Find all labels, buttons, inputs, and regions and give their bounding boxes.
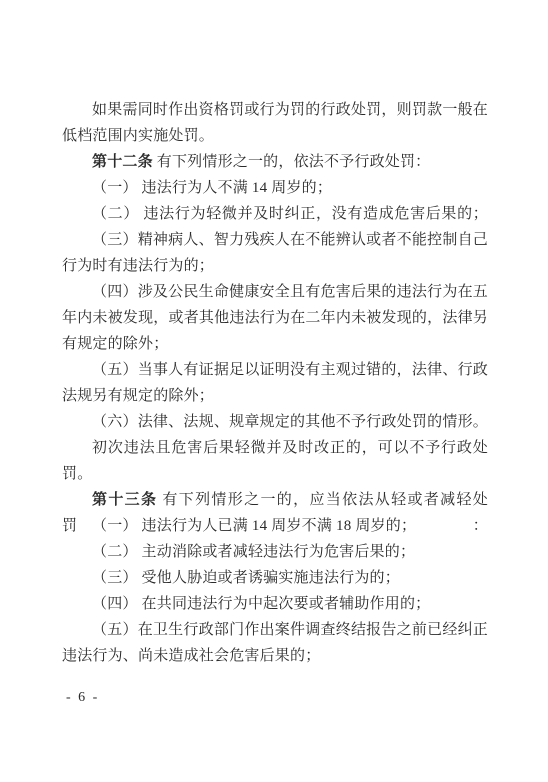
text-run: （三）精神病人、智力残疾人在不能辨认或者不能控制自己: [92, 232, 488, 248]
text-run: 低档范围内实施处罚。: [62, 128, 214, 144]
article-number-label: 第十三条: [92, 492, 157, 508]
text-line: （四）涉及公民生命健康安全且有危害后果的违法行为在五: [62, 279, 488, 305]
text-line: 行为时有违法行为的；: [62, 253, 488, 279]
text-line: （五）当事人有证据足以证明没有主观过错的，法律、行政: [62, 357, 488, 383]
text-run: 违法行为、尚未造成社会危害后果的；: [62, 648, 320, 664]
text-run: （一） 违法行为人不满 14 周岁的；: [92, 180, 332, 196]
text-line: （二） 主动消除或者减轻违法行为危害后果的；: [62, 539, 488, 565]
text-run: （三） 受他人胁迫或者诱骗实施违法行为的；: [92, 570, 400, 586]
text-run: 初次违法且危害后果轻微并及时改正的，可以不予行政处: [92, 440, 488, 456]
text-line: （三）精神病人、智力残疾人在不能辨认或者不能控制自己: [62, 227, 488, 253]
text-line: 低档范围内实施处罚。: [62, 123, 488, 149]
text-line: （五）在卫生行政部门作出案件调查终结报告之前已经纠正: [62, 617, 488, 643]
text-run: （四） 在共同违法行为中起次要或者辅助作用的；: [92, 596, 430, 612]
text-line: （三） 受他人胁迫或者诱骗实施违法行为的；: [62, 565, 488, 591]
text-run: （一） 违法行为人已满 14 周岁不满 18 周岁的；: [92, 518, 416, 534]
text-run: （五）当事人有证据足以证明没有主观过错的，法律、行政: [92, 362, 488, 378]
page-number: - 6 -: [66, 690, 99, 706]
document-page: 如果需同时作出资格罚或行为罚的行政处罚，则罚款一般在低档范围内实施处罚。第十二条…: [0, 0, 548, 782]
text-run: （二） 违法行为轻微并及时纠正，没有造成危害后果的；: [92, 206, 488, 222]
text-line: 如果需同时作出资格罚或行为罚的行政处罚，则罚款一般在: [62, 97, 488, 123]
text-line: 罚。: [62, 461, 488, 487]
text-run: 法规另有规定的除外；: [62, 388, 214, 404]
text-run: 如果需同时作出资格罚或行为罚的行政处罚，则罚款一般在: [92, 102, 488, 118]
text-run: 有下列情形之一的，依法不予行政处罚：: [153, 154, 431, 170]
text-line: （四） 在共同违法行为中起次要或者辅助作用的；: [62, 591, 488, 617]
text-run: （六）法律、法规、规章规定的其他不予行政处罚的情形。: [92, 414, 488, 430]
text-line: （六）法律、法规、规章规定的其他不予行政处罚的情形。: [62, 409, 488, 435]
text-run: 行为时有违法行为的；: [62, 258, 214, 274]
text-run: （二） 主动消除或者减轻违法行为危害后果的；: [92, 544, 415, 560]
text-run: （五）在卫生行政部门作出案件调查终结报告之前已经纠正: [92, 622, 488, 638]
text-run: 年内未被发现，或者其他违法行为在二年内未被发现的，法律另: [62, 310, 488, 326]
text-line: （二） 违法行为轻微并及时纠正，没有造成危害后果的；: [62, 201, 488, 227]
text-line: 有规定的除外；: [62, 331, 488, 357]
document-text-block: 如果需同时作出资格罚或行为罚的行政处罚，则罚款一般在低档范围内实施处罚。第十二条…: [62, 97, 488, 669]
text-line: 初次违法且危害后果轻微并及时改正的，可以不予行政处: [62, 435, 488, 461]
text-line: 法规另有规定的除外；: [62, 383, 488, 409]
text-run: 有规定的除外；: [62, 336, 168, 352]
text-line: 年内未被发现，或者其他违法行为在二年内未被发现的，法律另: [62, 305, 488, 331]
text-run: 罚。: [62, 466, 92, 482]
text-line: 第十三条 有下列情形之一的，应当依法从轻或者减轻处罚：: [62, 487, 488, 513]
text-line: （一） 违法行为人不满 14 周岁的；: [62, 175, 488, 201]
text-line: 第十二条 有下列情形之一的，依法不予行政处罚：: [62, 149, 488, 175]
article-number-label: 第十二条: [92, 154, 153, 170]
text-line: 违法行为、尚未造成社会危害后果的；: [62, 643, 488, 669]
text-run: （四）涉及公民生命健康安全且有危害后果的违法行为在五: [92, 284, 488, 300]
